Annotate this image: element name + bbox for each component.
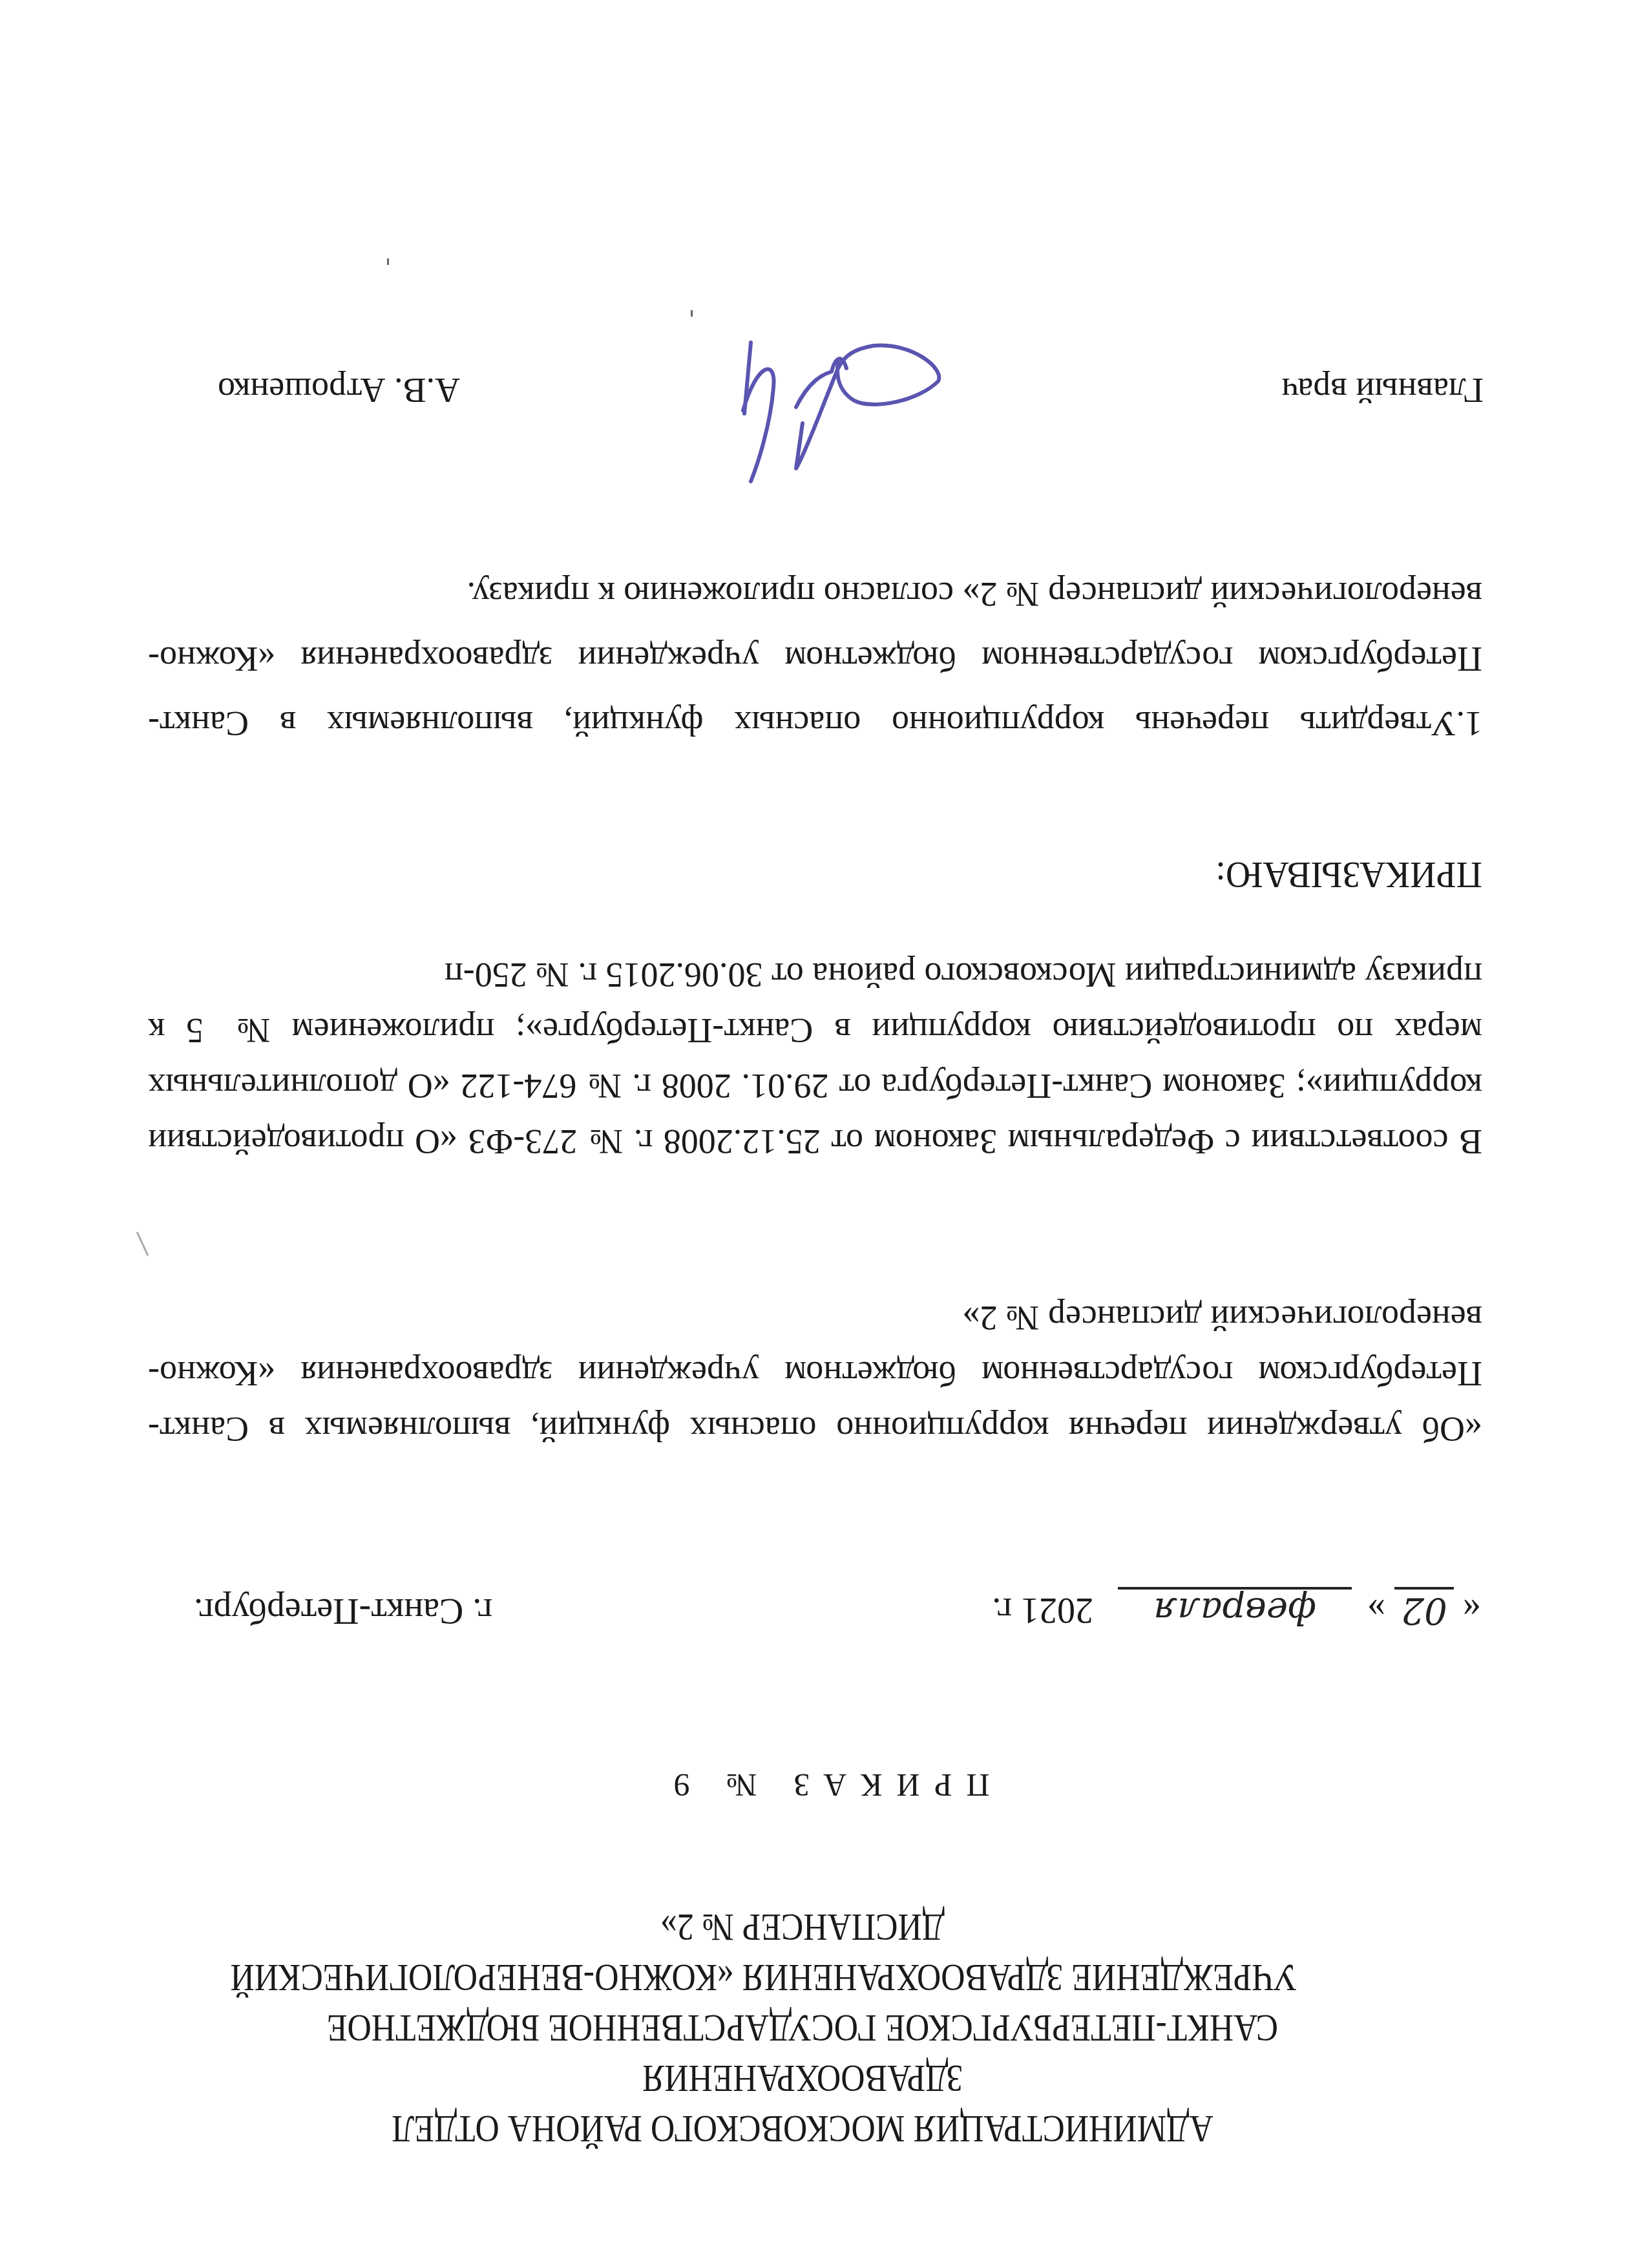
signatory-name: А.В. Атрошенко: [218, 370, 460, 410]
city: г. Санкт-Петербург.: [194, 1590, 492, 1632]
scan-speck: [387, 258, 389, 265]
header-line: ДИСПАНСЕР № 2»: [308, 1902, 1297, 1953]
header-line: УЧРЕЖДЕНИЕ ЗДРАВООХРАНЕНИЯ «КОЖНО-ВЕНЕРО…: [308, 1953, 1297, 2003]
scan-speck: [691, 310, 693, 317]
organization-header: АДМИНИСТРАЦИЯ МОСКОВСКОГО РАЙОНА ОТДЕЛ З…: [308, 1902, 1297, 2154]
header-line: ЗДРАВООХРАНЕНИЯ: [308, 2053, 1297, 2104]
date-open-quote: «: [1463, 1590, 1481, 1630]
scan-speck: [136, 1232, 149, 1256]
date-month-handwritten: февраля: [1118, 1587, 1352, 1632]
order-date: « 02 » февраля 2021 г.: [992, 1587, 1481, 1632]
signatory-title: Главный врач: [1281, 370, 1484, 410]
date-day-handwritten: 02: [1394, 1587, 1454, 1632]
scanned-order-page: АДМИНИСТРАЦИЯ МОСКОВСКОГО РАЙОНА ОТДЕЛ З…: [0, 0, 1649, 2268]
date-close-quote: »: [1367, 1590, 1385, 1630]
order-title: ПРИКАЗ № 9: [0, 1767, 1649, 1804]
date-year: 2021 г.: [992, 1590, 1093, 1630]
orders-heading: ПРИКАЗЫВАЮ:: [1215, 854, 1482, 895]
order-subject: «Об утверждении перечня коррупционно опа…: [148, 1290, 1482, 1457]
order-item: 1.Утвердить перечень коррупционно опасны…: [148, 562, 1482, 756]
handwritten-signature-icon: [699, 297, 971, 510]
order-preamble: В соответствии с Федеральным Законом от …: [148, 947, 1482, 1170]
header-line: САНКТ-ПЕТЕРБУРГСКОЕ ГОСУДАРСТВЕННОЕ БЮДЖ…: [308, 2003, 1297, 2053]
header-line: АДМИНИСТРАЦИЯ МОСКОВСКОГО РАЙОНА ОТДЕЛ: [308, 2104, 1297, 2154]
